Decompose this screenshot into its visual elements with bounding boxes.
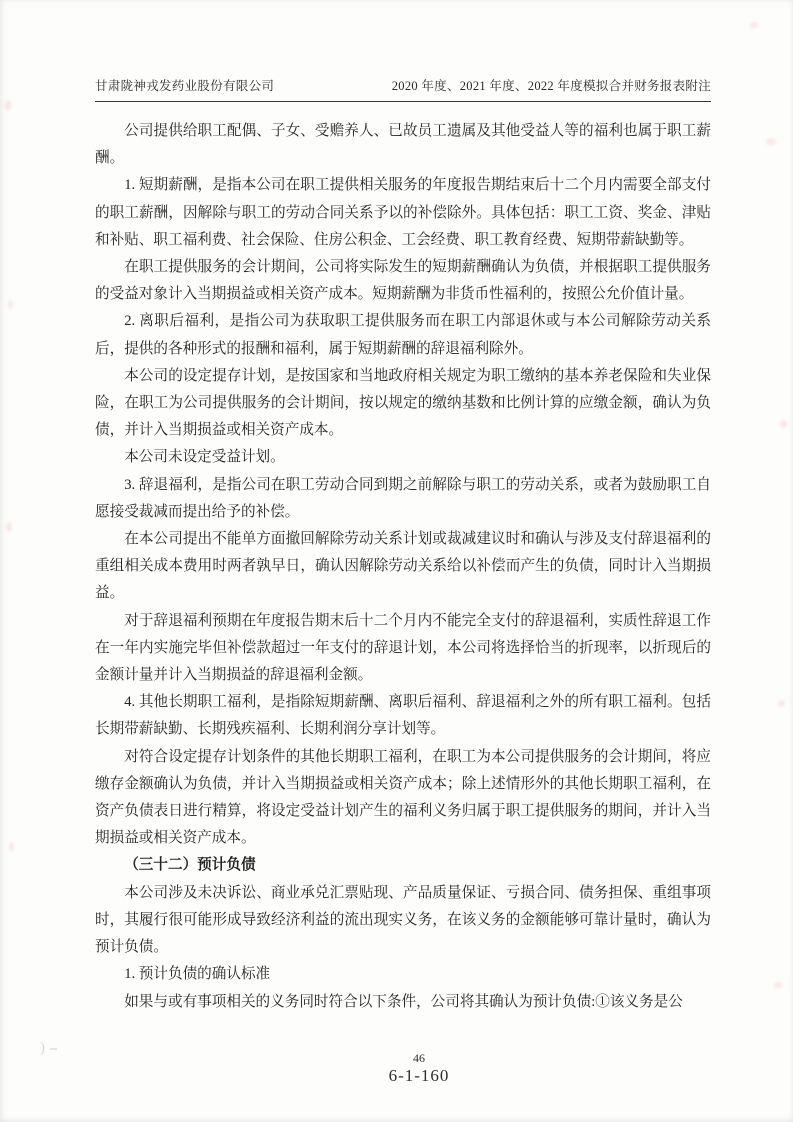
scan-artifact xyxy=(8,300,13,309)
paragraph: 对于辞退福利预期在年度报告期末后十二个月内不能完全支付的辞退福利，实质性辞退工作… xyxy=(95,608,711,690)
paragraph: 4. 其他长期职工福利，是指除短期薪酬、离职后福利、辞退福利之外的所有职工福利。… xyxy=(95,689,711,743)
paragraph: 本公司涉及未决诉讼、商业承兑汇票贴现、产品质量保证、亏损合同、债务担保、重组事项… xyxy=(95,880,711,962)
scan-artifact: ) xyxy=(40,1040,45,1057)
scan-artifact xyxy=(750,22,758,28)
paragraph: 公司提供给职工配偶、子女、受赡养人、已故员工遗属及其他受益人等的福利也属于职工薪… xyxy=(95,118,711,172)
paragraph: 本公司的设定提存计划，是按国家和当地政府相关规定为职工缴纳的基本养老保险和失业保… xyxy=(95,363,711,445)
paragraph: 在本公司提出不能单方面撤回解除劳动关系计划或裁减建议时和确认与涉及支付辞退福利的… xyxy=(95,526,711,608)
paragraph: 1. 预计负债的确认标准 xyxy=(95,961,711,988)
scan-artifact xyxy=(9,842,14,851)
scan-artifact xyxy=(50,1048,57,1050)
paragraph: 1. 短期薪酬，是指本公司在职工提供相关服务的年度报告期结束后十二个月内需要全部… xyxy=(95,172,711,254)
paragraph: 本公司未设定受益计划。 xyxy=(95,444,711,471)
header-report-title: 2020 年度、2021 年度、2022 年度模拟合并财务报表附注 xyxy=(392,76,711,94)
document-body: 公司提供给职工配偶、子女、受赡养人、已故员工遗属及其他受益人等的福利也属于职工薪… xyxy=(95,118,711,1016)
footer-page-number: 46 xyxy=(413,1051,425,1066)
document-page: 甘肃陇神戎发药业股份有限公司 2020 年度、2021 年度、2022 年度模拟… xyxy=(0,0,793,1122)
scan-artifact xyxy=(774,982,782,988)
paragraph: 在职工提供服务的会计期间，公司将实际发生的短期薪酬确认为负债，并根据职工提供服务… xyxy=(95,254,711,308)
header-company-name: 甘肃陇神戎发药业股份有限公司 xyxy=(95,76,274,94)
scan-artifact xyxy=(5,100,11,111)
page-header: 甘肃陇神戎发药业股份有限公司 2020 年度、2021 年度、2022 年度模拟… xyxy=(95,76,711,102)
footer-doc-code: 6-1-160 xyxy=(389,1066,450,1086)
paragraph: 3. 辞退福利，是指公司在职工劳动合同到期之前解除与职工的劳动关系，或者为鼓励职… xyxy=(95,472,711,526)
scan-artifact xyxy=(780,420,787,428)
scan-artifact xyxy=(6,522,12,532)
scan-artifact xyxy=(778,700,785,707)
scan-artifact xyxy=(766,138,776,145)
paragraph: 如果与或有事项相关的义务同时符合以下条件，公司将其确认为预计负债:①该义务是公 xyxy=(95,989,711,1016)
paragraph: 2. 离职后福利，是指公司为获取职工提供服务而在职工内部退休或与本公司解除劳动关… xyxy=(95,308,711,362)
section-heading: （三十二）预计负债 xyxy=(95,852,711,879)
paragraph: 对符合设定提存计划条件的其他长期职工福利，在职工为本公司提供服务的会计期间，将应… xyxy=(95,744,711,853)
